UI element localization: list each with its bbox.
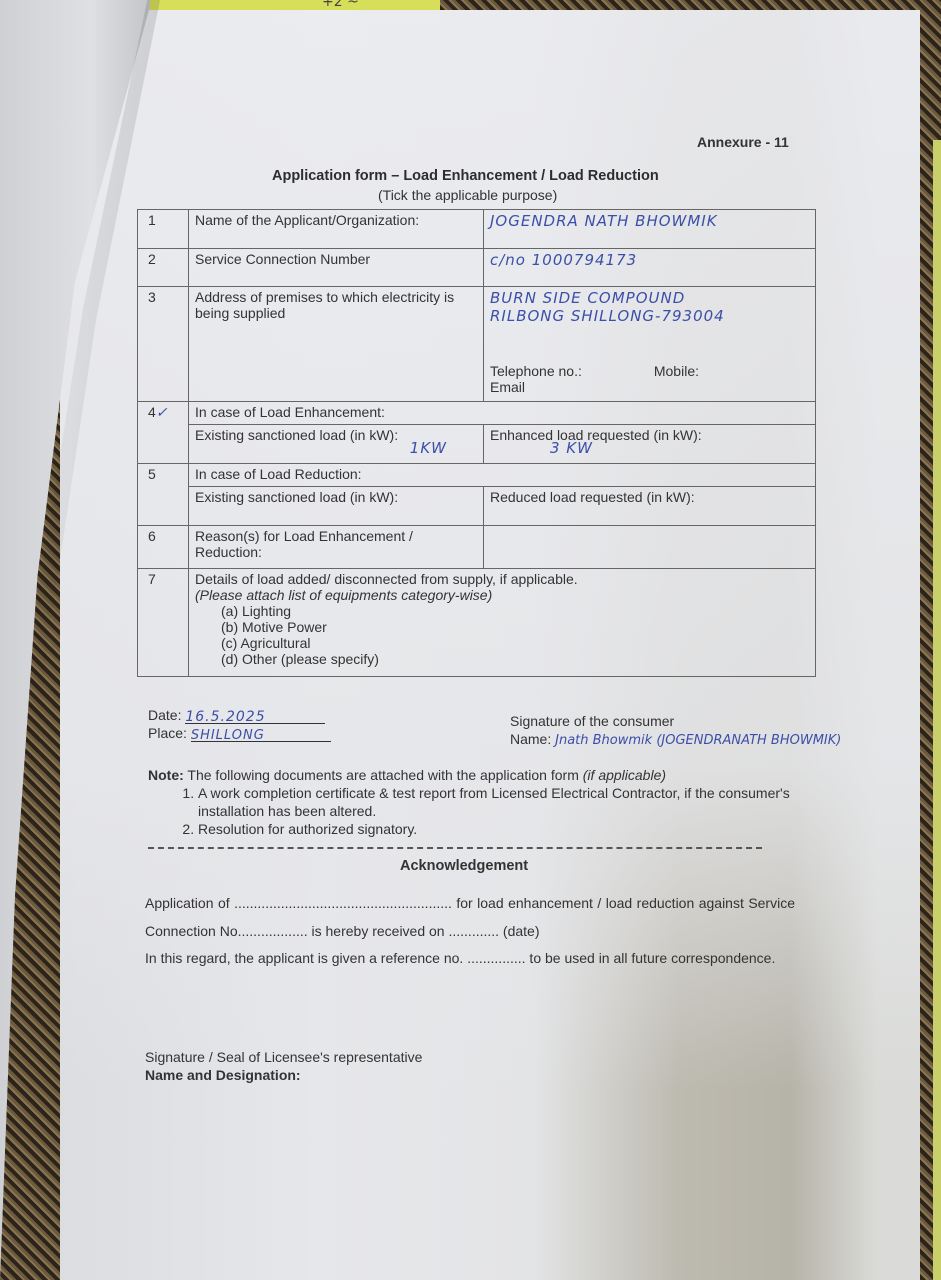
existing-load-field[interactable]: Existing sanctioned load (in kW): 1KW [189,425,484,464]
applicant-name-field[interactable]: JOGENDRA NATH BHOWMIK [484,210,816,249]
table-row: 4✓ In case of Load Enhancement: [138,402,816,425]
tick-mark-icon: ✓ [156,404,168,420]
list-item: A work completion certificate & test rep… [198,784,818,820]
table-row: 2 Service Connection Number c/no 1000794… [138,249,816,287]
name-label: Name: [510,731,551,747]
service-connection-value: c/no 1000794173 [490,251,809,269]
row-number: 2 [138,249,189,287]
category-item: (d) Other (please specify) [195,651,809,667]
list-item: Resolution for authorized signatory. [198,820,818,838]
row-number-with-tick[interactable]: 4✓ [138,402,189,464]
email-label: Email [490,379,809,395]
enhanced-load-field[interactable]: Enhanced load requested (in kW): 3 KW [484,425,816,464]
consumer-signature-label: Signature of the consumer [510,712,841,730]
table-row: Existing sanctioned load (in kW): Reduce… [138,487,816,526]
place-value: SHILLONG [191,728,265,743]
cut-line-divider [148,847,762,849]
consumer-name-signature[interactable]: Jnath Bhowmik (JOGENDRANATH BHOWMIK) [555,733,841,748]
note-prefix: Note: [148,767,184,783]
application-table: 1 Name of the Applicant/Organization: JO… [137,209,816,677]
field-label: Reason(s) for Load Enhancement / Reducti… [189,526,484,569]
date-value: 16.5.2025 [185,709,265,725]
field-label: Service Connection Number [189,249,484,287]
annexure-label: Annexure - 11 [697,134,789,150]
attached-documents-list: A work completion certificate & test rep… [148,784,818,838]
section-heading: In case of Load Reduction: [189,464,816,487]
field-label: Address of premises to which electricity… [189,287,484,402]
section-heading: In case of Load Enhancement: [189,402,816,425]
place-label: Place: [148,725,187,741]
name-designation-label: Name and Designation: [145,1066,422,1084]
licensee-signature-block: Signature / Seal of Licensee's represent… [145,1048,422,1084]
document: Annexure - 11 Application form – Load En… [0,0,941,1280]
field-label: Name of the Applicant/Organization: [189,210,484,249]
row-number: 6 [138,526,189,569]
category-item: (a) Lighting [195,603,809,619]
table-row: 5 In case of Load Reduction: [138,464,816,487]
acknowledgement-paragraph-1: Application of .........................… [145,890,795,945]
row-number: 1 [138,210,189,249]
date-label: Date: [148,707,181,723]
row-number: 5 [138,464,189,526]
address-line-2: RILBONG SHILLONG-793004 [490,307,809,325]
applicant-name-value: JOGENDRA NATH BHOWMIK [490,212,809,230]
note-block: Note: The following documents are attach… [148,766,818,838]
date-field[interactable]: 16.5.2025 [185,707,325,724]
table-row: 6 Reason(s) for Load Enhancement / Reduc… [138,526,816,569]
existing-load-reduction-field[interactable]: Existing sanctioned load (in kW): [189,487,484,526]
row-number: 3 [138,287,189,402]
table-row: 7 Details of load added/ disconnected fr… [138,569,816,677]
form-subtitle: (Tick the applicable purpose) [378,187,557,203]
field-instruction: (Please attach list of equipments catego… [195,587,809,603]
address-field[interactable]: BURN SIDE COMPOUND RILBONG SHILLONG-7930… [484,287,816,402]
table-row: 3 Address of premises to which electrici… [138,287,816,402]
field-label: Details of load added/ disconnected from… [195,571,809,587]
acknowledgement-paragraph-2: In this regard, the applicant is given a… [145,945,795,973]
licensee-signature-label: Signature / Seal of Licensee's represent… [145,1048,422,1066]
service-connection-field[interactable]: c/no 1000794173 [484,249,816,287]
telephone-label: Telephone no.: [490,363,582,379]
note-qualifier: (if applicable) [583,767,666,783]
load-details-field[interactable]: Details of load added/ disconnected from… [189,569,816,677]
category-item: (c) Agricultural [195,635,809,651]
consumer-signature-block: Signature of the consumer Name: Jnath Bh… [510,712,841,750]
row-number: 4 [148,404,156,420]
address-line-1: BURN SIDE COMPOUND [490,289,809,307]
table-row: 1 Name of the Applicant/Organization: JO… [138,210,816,249]
place-field[interactable]: SHILLONG [191,725,331,742]
acknowledgement-title: Acknowledgement [400,858,528,874]
field-label: Reduced load requested (in kW): [490,489,695,505]
form-title: Application form – Load Enhancement / Lo… [272,168,659,184]
table-row: Existing sanctioned load (in kW): 1KW En… [138,425,816,464]
acknowledgement-body: Application of .........................… [145,890,795,973]
date-place-block: Date: 16.5.2025 Place: SHILLONG [148,706,331,742]
reduced-load-field[interactable]: Reduced load requested (in kW): [484,487,816,526]
row-number: 7 [138,569,189,677]
category-item: (b) Motive Power [195,619,809,635]
note-text: The following documents are attached wit… [187,767,578,783]
field-label: Existing sanctioned load (in kW): [195,489,398,505]
reason-field[interactable] [484,526,816,569]
mobile-label: Mobile: [654,363,699,379]
